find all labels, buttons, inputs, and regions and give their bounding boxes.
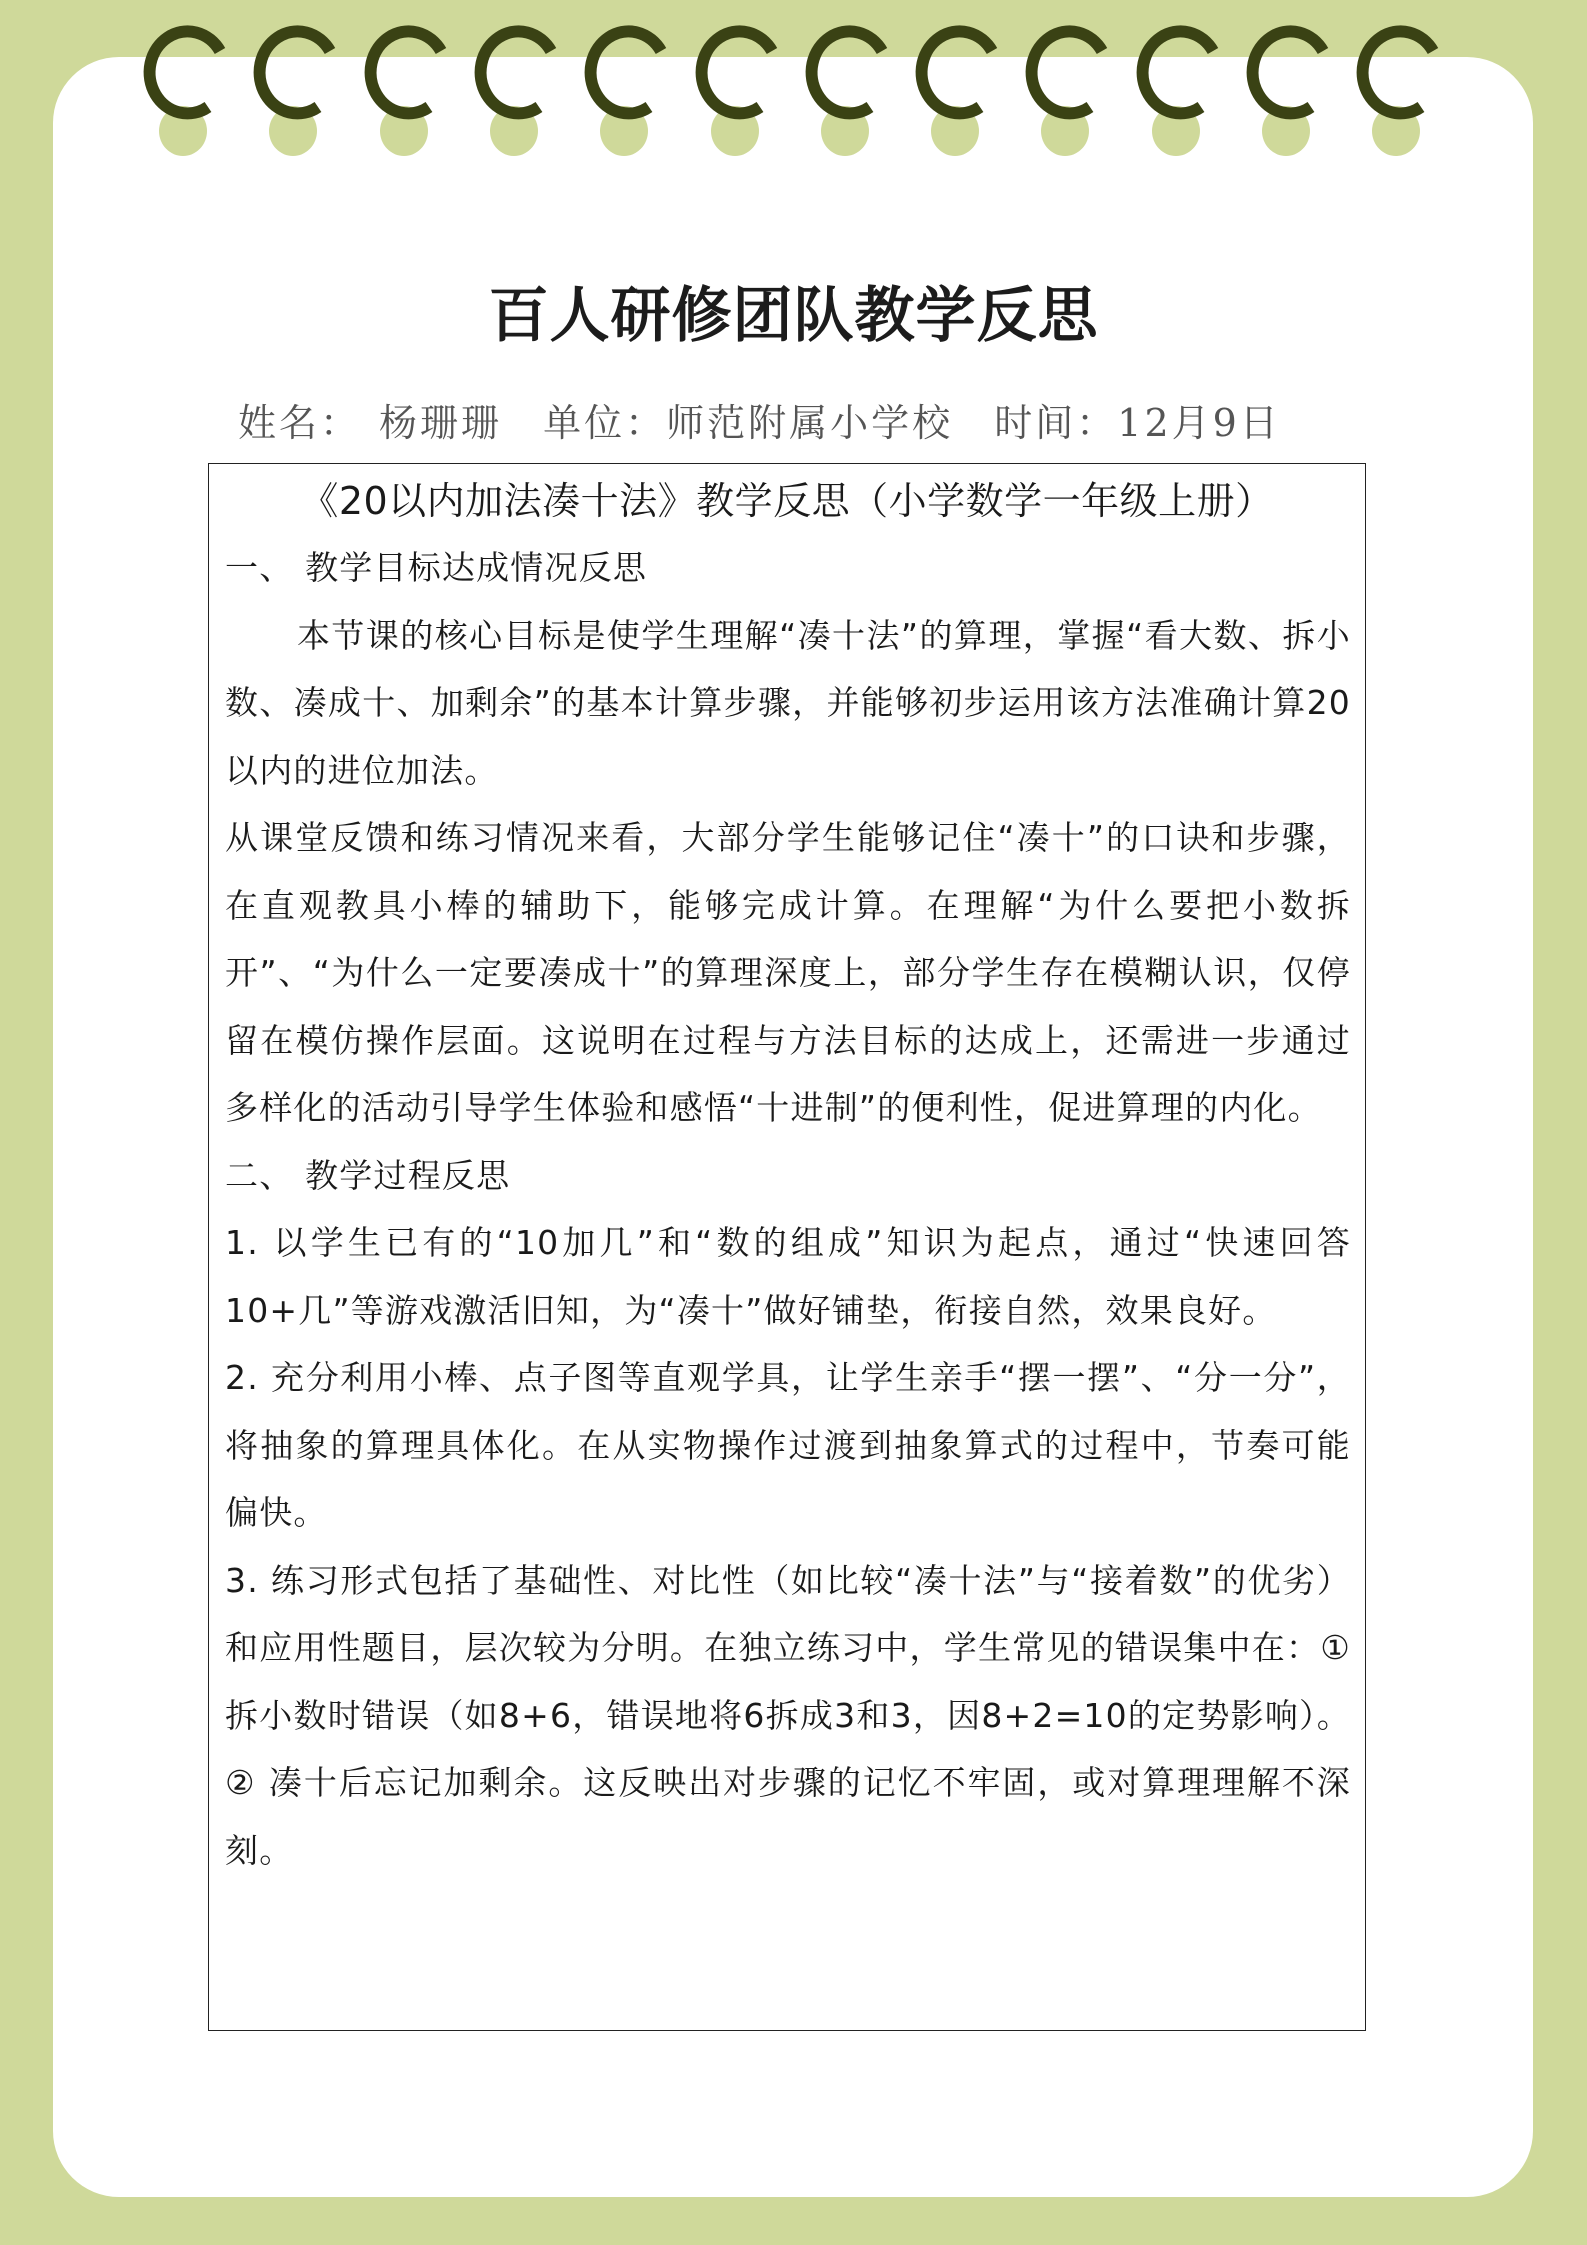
page-title: 百人研修团队教学反思 [0, 268, 1587, 354]
paragraph: 从课堂反馈和练习情况来看，大部分学生能够记住“凑十”的口诀和步骤，在直观教具小棒… [225, 804, 1351, 1142]
binding-ring-icon [910, 0, 1010, 165]
section-title: 二、 教学过程反思 [225, 1142, 1351, 1210]
binding-ring-icon [579, 0, 679, 165]
binding-ring-icon [1131, 0, 1231, 165]
binding-ring-icon [248, 0, 348, 165]
binding-ring-icon [469, 0, 569, 165]
document-heading: 《20以内加法凑十法》教学反思（小学数学一年级上册） [209, 470, 1365, 525]
name-value: 杨珊珊 [379, 401, 502, 445]
binding-ring-icon [1241, 0, 1341, 165]
list-item: 3. 练习形式包括了基础性、对比性（如比较“凑十法”与“接着数”的优劣）和应用性… [225, 1547, 1351, 1885]
unit-field: 单位：师范附属小学校 [543, 401, 953, 445]
paragraph: 本节课的核心目标是使学生理解“凑十法”的算理，掌握“看大数、拆小数、凑成十、加剩… [225, 602, 1351, 805]
list-item: 2. 充分利用小棒、点子图等直观学具，让学生亲手“摆一摆”、“分一分”，将抽象的… [225, 1344, 1351, 1547]
time-field: 时间：12月9日 [994, 401, 1281, 445]
binding-ring-icon [1020, 0, 1120, 165]
list-item: 1. 以学生已有的“10加几”和“数的组成”知识为起点，通过“快速回答10+几”… [225, 1209, 1351, 1344]
author-info-line: 姓名：杨珊珊 单位：师范附属小学校 时间：12月9日 [238, 392, 1358, 447]
spiral-binding [0, 0, 1587, 170]
binding-ring-icon [800, 0, 900, 165]
name-label: 姓名： [238, 401, 361, 445]
document-body: 一、 教学目标达成情况反思 本节课的核心目标是使学生理解“凑十法”的算理，掌握“… [225, 534, 1351, 1884]
time-label: 时间： [994, 401, 1117, 445]
binding-ring-icon [359, 0, 459, 165]
time-value: 12月9日 [1117, 401, 1281, 445]
section-title: 一、 教学目标达成情况反思 [225, 534, 1351, 602]
unit-value: 师范附属小学校 [666, 401, 953, 445]
reflection-content-box: 《20以内加法凑十法》教学反思（小学数学一年级上册） 一、 教学目标达成情况反思… [208, 463, 1366, 2031]
binding-ring-icon [138, 0, 238, 165]
binding-ring-icon [1351, 0, 1451, 165]
unit-label: 单位： [543, 401, 666, 445]
name-field: 姓名：杨珊珊 [238, 401, 502, 445]
binding-ring-icon [690, 0, 790, 165]
